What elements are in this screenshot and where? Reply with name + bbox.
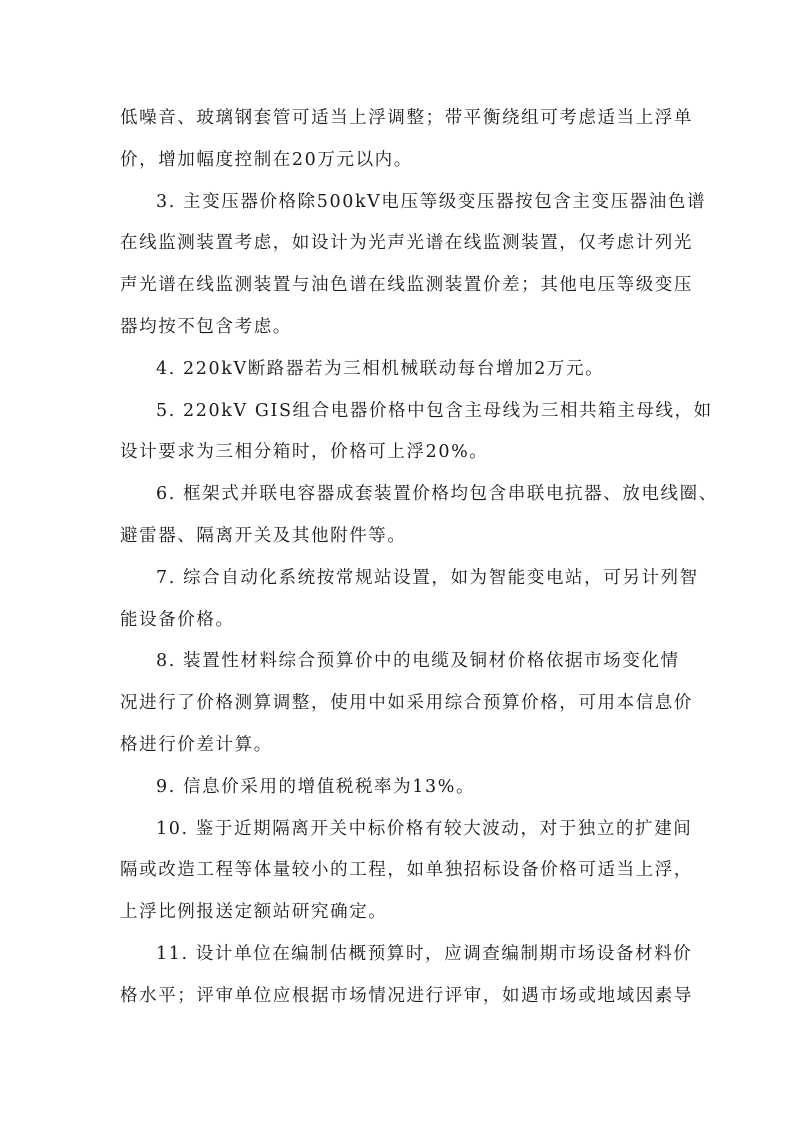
paragraph-item-9: 9. 信息价采用的增值税税率为13%。 [120, 767, 676, 809]
text-line: 8. 装置性材料综合预算价中的电缆及铜材价格依据市场变化情 [120, 641, 676, 683]
paragraph-item-10: 10. 鉴于近期隔离开关中标价格有较大波动，对于独立的扩建间 隔或改造工程等体量… [120, 809, 676, 934]
text-line: 7. 综合自动化系统按常规站设置，如为智能变电站，可另计列智 [120, 558, 676, 600]
paragraph-item-5: 5. 220kV GIS组合电器价格中包含主母线为三相共箱主母线，如 设计要求为… [120, 391, 676, 475]
document-page: 低噪音、玻璃钢套管可适当上浮调整；带平衡绕组可考虑适当上浮单 价，增加幅度控制在… [120, 98, 676, 1018]
text-line: 格进行价差计算。 [120, 725, 676, 767]
text-line: 上浮比例报送定额站研究确定。 [120, 892, 676, 934]
paragraph-item-4: 4. 220kV断路器若为三相机械联动每台增加2万元。 [120, 349, 676, 391]
text-line: 11. 设计单位在编制估概预算时，应调查编制期市场设备材料价 [120, 934, 676, 976]
text-line: 低噪音、玻璃钢套管可适当上浮调整；带平衡绕组可考虑适当上浮单 [120, 98, 676, 140]
text-line: 能设备价格。 [120, 600, 676, 642]
paragraph-item-7: 7. 综合自动化系统按常规站设置，如为智能变电站，可另计列智 能设备价格。 [120, 558, 676, 642]
text-line: 4. 220kV断路器若为三相机械联动每台增加2万元。 [120, 349, 676, 391]
text-line: 5. 220kV GIS组合电器价格中包含主母线为三相共箱主母线，如 [120, 391, 676, 433]
text-line: 9. 信息价采用的增值税税率为13%。 [120, 767, 676, 809]
text-line: 况进行了价格测算调整，使用中如采用综合预算价格，可用本信息价 [120, 683, 676, 725]
paragraph-continuation: 低噪音、玻璃钢套管可适当上浮调整；带平衡绕组可考虑适当上浮单 价，增加幅度控制在… [120, 98, 676, 182]
paragraph-item-6: 6. 框架式并联电容器成套装置价格均包含串联电抗器、放电线圈、 避雷器、隔离开关… [120, 474, 676, 558]
paragraph-item-3: 3. 主变压器价格除500kV电压等级变压器按包含主变压器油色谱 在线监测装置考… [120, 182, 676, 349]
text-line: 设计要求为三相分箱时，价格可上浮20%。 [120, 432, 676, 474]
text-line: 3. 主变压器价格除500kV电压等级变压器按包含主变压器油色谱 [120, 182, 676, 224]
text-line: 6. 框架式并联电容器成套装置价格均包含串联电抗器、放电线圈、 [120, 474, 676, 516]
text-line: 格水平；评审单位应根据市场情况进行评审，如遇市场或地域因素导 [120, 976, 676, 1018]
text-line: 声光谱在线监测装置与油色谱在线监测装置价差；其他电压等级变压 [120, 265, 676, 307]
paragraph-item-8: 8. 装置性材料综合预算价中的电缆及铜材价格依据市场变化情 况进行了价格测算调整… [120, 641, 676, 766]
text-line: 隔或改造工程等体量较小的工程，如单独招标设备价格可适当上浮， [120, 850, 676, 892]
text-line: 在线监测装置考虑，如设计为光声光谱在线监测装置，仅考虑计列光 [120, 223, 676, 265]
paragraph-item-11: 11. 设计单位在编制估概预算时，应调查编制期市场设备材料价 格水平；评审单位应… [120, 934, 676, 1018]
text-line: 器均按不包含考虑。 [120, 307, 676, 349]
text-line: 避雷器、隔离开关及其他附件等。 [120, 516, 676, 558]
text-line: 10. 鉴于近期隔离开关中标价格有较大波动，对于独立的扩建间 [120, 809, 676, 851]
text-line: 价，增加幅度控制在20万元以内。 [120, 140, 676, 182]
